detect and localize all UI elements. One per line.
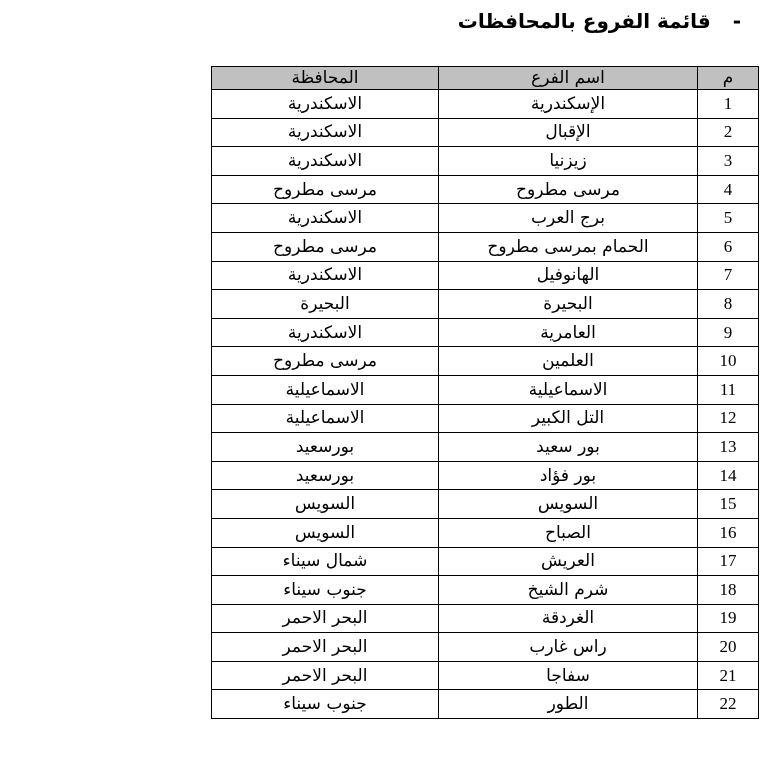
cell-num: 2 bbox=[698, 118, 759, 147]
cell-num: 22 bbox=[698, 690, 759, 719]
cell-branch: راس غارب bbox=[439, 633, 698, 662]
table-row: 7الهانوفيلالاسكندرية bbox=[212, 261, 759, 290]
cell-num: 7 bbox=[698, 261, 759, 290]
cell-governorate: الاسماعيلية bbox=[212, 375, 439, 404]
branches-table-body: 1الإسكندريةالاسكندرية2الإقبالالاسكندرية3… bbox=[212, 90, 759, 719]
table-row: 14بور فؤادبورسعيد bbox=[212, 461, 759, 490]
table-row: 2الإقبالالاسكندرية bbox=[212, 118, 759, 147]
cell-num: 12 bbox=[698, 404, 759, 433]
cell-governorate: جنوب سيناء bbox=[212, 576, 439, 605]
header-cell-branch: اسم الفرع bbox=[439, 67, 698, 90]
cell-governorate: الاسكندرية bbox=[212, 90, 439, 119]
cell-branch: العريش bbox=[439, 547, 698, 576]
cell-num: 18 bbox=[698, 576, 759, 605]
cell-branch: التل الكبير bbox=[439, 404, 698, 433]
cell-governorate: البحر الاحمر bbox=[212, 661, 439, 690]
cell-governorate: جنوب سيناء bbox=[212, 690, 439, 719]
cell-branch: سفاجا bbox=[439, 661, 698, 690]
cell-governorate: مرسى مطروح bbox=[212, 347, 439, 376]
cell-governorate: شمال سيناء bbox=[212, 547, 439, 576]
table-row: 19الغردقةالبحر الاحمر bbox=[212, 604, 759, 633]
cell-governorate: مرسى مطروح bbox=[212, 175, 439, 204]
cell-branch: الاسماعيلية bbox=[439, 375, 698, 404]
cell-num: 13 bbox=[698, 433, 759, 462]
cell-num: 14 bbox=[698, 461, 759, 490]
cell-governorate: بورسعيد bbox=[212, 433, 439, 462]
document-page: - قائمة الفروع بالمحافظات م اسم الفرع ال… bbox=[0, 0, 767, 781]
branches-table-header: م اسم الفرع المحافظة bbox=[212, 67, 759, 90]
cell-branch: الصباح bbox=[439, 518, 698, 547]
table-row: 22الطورجنوب سيناء bbox=[212, 690, 759, 719]
table-row: 12التل الكبيرالاسماعيلية bbox=[212, 404, 759, 433]
cell-branch: شرم الشيخ bbox=[439, 576, 698, 605]
table-row: 15السويسالسويس bbox=[212, 490, 759, 519]
cell-num: 16 bbox=[698, 518, 759, 547]
cell-num: 4 bbox=[698, 175, 759, 204]
table-row: 8البحيرةالبحيرة bbox=[212, 290, 759, 319]
cell-governorate: البحيرة bbox=[212, 290, 439, 319]
cell-branch: العامرية bbox=[439, 318, 698, 347]
table-row: 21سفاجاالبحر الاحمر bbox=[212, 661, 759, 690]
cell-num: 8 bbox=[698, 290, 759, 319]
cell-branch: الطور bbox=[439, 690, 698, 719]
table-row: 11الاسماعيليةالاسماعيلية bbox=[212, 375, 759, 404]
table-row: 13بور سعيدبورسعيد bbox=[212, 433, 759, 462]
cell-num: 3 bbox=[698, 147, 759, 176]
cell-branch: زيزنيا bbox=[439, 147, 698, 176]
table-row: 4مرسى مطروحمرسى مطروح bbox=[212, 175, 759, 204]
cell-governorate: البحر الاحمر bbox=[212, 633, 439, 662]
cell-governorate: الاسكندرية bbox=[212, 318, 439, 347]
cell-governorate: الاسكندرية bbox=[212, 204, 439, 233]
cell-num: 19 bbox=[698, 604, 759, 633]
cell-governorate: الاسكندرية bbox=[212, 147, 439, 176]
table-row: 10العلمينمرسى مطروح bbox=[212, 347, 759, 376]
cell-governorate: الاسكندرية bbox=[212, 261, 439, 290]
cell-governorate: البحر الاحمر bbox=[212, 604, 439, 633]
cell-branch: بور سعيد bbox=[439, 433, 698, 462]
cell-branch: برج العرب bbox=[439, 204, 698, 233]
cell-branch: الإقبال bbox=[439, 118, 698, 147]
cell-governorate: الاسماعيلية bbox=[212, 404, 439, 433]
cell-branch: الغردقة bbox=[439, 604, 698, 633]
cell-num: 15 bbox=[698, 490, 759, 519]
table-row: 1الإسكندريةالاسكندرية bbox=[212, 90, 759, 119]
table-row: 20راس غاربالبحر الاحمر bbox=[212, 633, 759, 662]
table-row: 6الحمام بمرسى مطروحمرسى مطروح bbox=[212, 232, 759, 261]
table-row: 18شرم الشيخجنوب سيناء bbox=[212, 576, 759, 605]
header-row: م اسم الفرع المحافظة bbox=[212, 67, 759, 90]
header-cell-governorate: المحافظة bbox=[212, 67, 439, 90]
cell-branch: البحيرة bbox=[439, 290, 698, 319]
cell-branch: مرسى مطروح bbox=[439, 175, 698, 204]
header-cell-num: م bbox=[698, 67, 759, 90]
branches-table: م اسم الفرع المحافظة 1الإسكندريةالاسكندر… bbox=[211, 66, 759, 719]
table-row: 5برج العربالاسكندرية bbox=[212, 204, 759, 233]
table-row: 3زيزنياالاسكندرية bbox=[212, 147, 759, 176]
table-row: 16الصباحالسويس bbox=[212, 518, 759, 547]
cell-branch: الإسكندرية bbox=[439, 90, 698, 119]
cell-branch: السويس bbox=[439, 490, 698, 519]
cell-num: 10 bbox=[698, 347, 759, 376]
cell-num: 5 bbox=[698, 204, 759, 233]
cell-num: 1 bbox=[698, 90, 759, 119]
cell-branch: الحمام بمرسى مطروح bbox=[439, 232, 698, 261]
title-bullet-dash: - bbox=[733, 7, 741, 35]
cell-governorate: بورسعيد bbox=[212, 461, 439, 490]
cell-branch: العلمين bbox=[439, 347, 698, 376]
cell-governorate: السويس bbox=[212, 518, 439, 547]
cell-num: 9 bbox=[698, 318, 759, 347]
cell-num: 21 bbox=[698, 661, 759, 690]
page-title-line: - قائمة الفروع بالمحافظات bbox=[458, 7, 741, 35]
cell-num: 11 bbox=[698, 375, 759, 404]
cell-governorate: السويس bbox=[212, 490, 439, 519]
cell-branch: الهانوفيل bbox=[439, 261, 698, 290]
cell-num: 17 bbox=[698, 547, 759, 576]
cell-governorate: مرسى مطروح bbox=[212, 232, 439, 261]
cell-governorate: الاسكندرية bbox=[212, 118, 439, 147]
page-title: قائمة الفروع بالمحافظات bbox=[458, 7, 711, 35]
cell-num: 20 bbox=[698, 633, 759, 662]
cell-branch: بور فؤاد bbox=[439, 461, 698, 490]
cell-num: 6 bbox=[698, 232, 759, 261]
table-row: 9العامريةالاسكندرية bbox=[212, 318, 759, 347]
table-row: 17العريششمال سيناء bbox=[212, 547, 759, 576]
